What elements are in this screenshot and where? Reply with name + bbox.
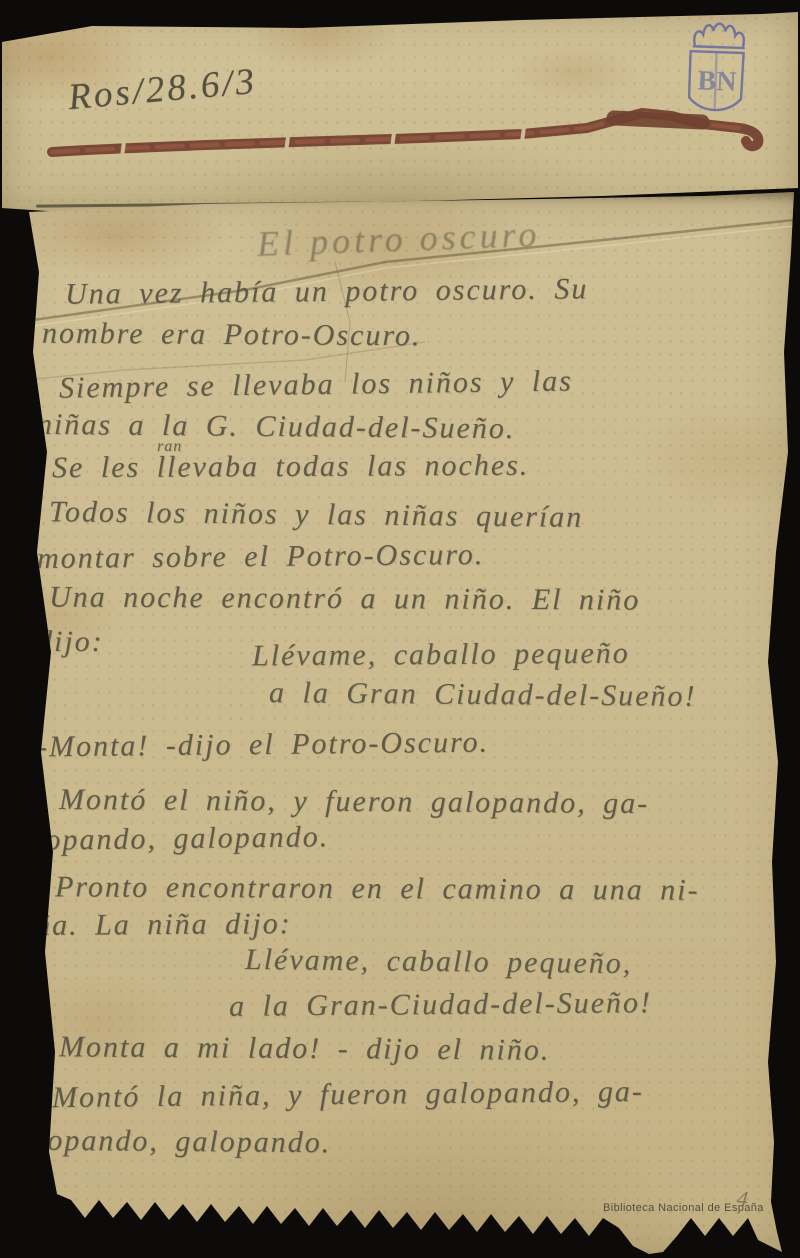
manuscript-line: montar sobre el Potro-Oscuro. (37, 538, 485, 576)
manuscript-line: niñas a la G. Ciudad-del-Sueño. (37, 408, 516, 446)
manuscript-page: El potro oscuro Una vez había un potro o… (5, 192, 795, 1256)
manuscript-line: Una noche encontró a un niño. El niño (49, 580, 640, 617)
archive-cover-strip: Ros/28.6/3 BN (2, 12, 798, 212)
manuscript-line: Llévame, caballo pequeño, (245, 943, 633, 981)
manuscript-line: Montó el niño, y fueron galopando, ga- (59, 783, 649, 821)
manuscript-line: a la Gran-Ciudad-del-Sueño! (229, 986, 652, 1024)
manuscript-text: Una vez había un potro oscuro. Sunombre … (5, 192, 795, 1256)
manuscript-line: ña. La niña dijo: (35, 907, 292, 943)
manuscript-line: Llévame, caballo pequeño (252, 637, 630, 674)
binding-thread-icon (2, 12, 798, 212)
manuscript-line: lopando, galopando. (35, 820, 330, 858)
scanned-manuscript: Ros/28.6/3 BN (0, 0, 800, 1258)
manuscript-line: Siempre se llevaba los niños y las (59, 364, 573, 405)
manuscript-line: Una vez había un potro oscuro. Su (65, 272, 589, 311)
manuscript-line: nombre era Potro-Oscuro. (42, 317, 422, 354)
manuscript-line: lopando, galopando. (37, 1124, 331, 1161)
manuscript-line: Monta a mi lado! - dijo el niño. (59, 1030, 551, 1067)
manuscript-line: dijo: (37, 625, 104, 659)
manuscript-line: a la Gran Ciudad-del-Sueño! (269, 676, 697, 714)
manuscript-line: Montó la niña, y fueron galopando, ga- (52, 1075, 644, 1115)
manuscript-line: -Monta! -dijo el Potro-Oscuro. (37, 726, 489, 765)
manuscript-line: Se les llevaba todas las noches. (52, 449, 529, 485)
manuscript-line: Todos los niños y las niñas querían (49, 495, 584, 535)
manuscript-line: Pronto encontraron en el camino a una ni… (55, 870, 700, 907)
